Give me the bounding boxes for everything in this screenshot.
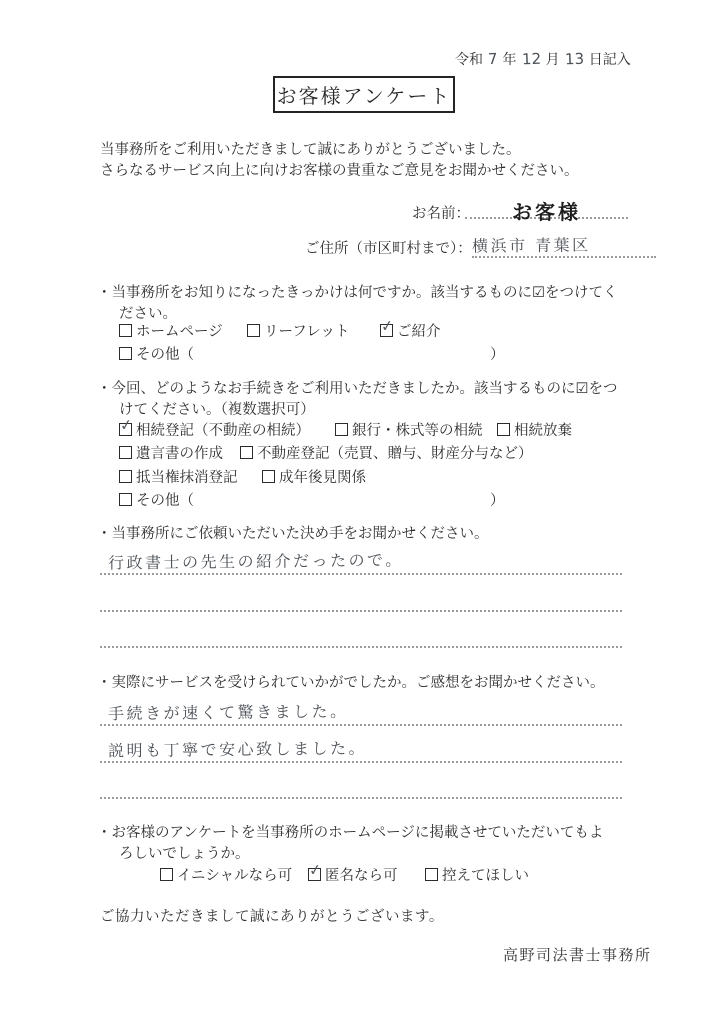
- option-mortgage-cancellation: ✓抵当権抹消登記: [119, 466, 238, 487]
- answer-line-q3-1: 行政書士の先生の紹介だったので。: [100, 549, 622, 575]
- checkbox-inheritance-registration-icon: ✓: [119, 423, 132, 436]
- survey-document-page: 令和7年12月13日記入 お客様アンケート 当事務所をご利用いただきまして誠にあ…: [0, 0, 725, 1024]
- office-name: 高野司法書士事務所: [503, 944, 652, 965]
- option-please-refrain: ✓控えてほしい: [425, 864, 529, 885]
- option-please-refrain-label: 控えてほしい: [442, 868, 529, 884]
- checkbox-homepage-icon: ✓: [119, 324, 132, 337]
- option-bank-stock-label: 銀行・株式等の相続: [352, 423, 483, 439]
- answer-line-q4-1: 手続きが速くて驚きました。: [100, 700, 622, 726]
- q2-other-close-paren: ）: [490, 489, 505, 510]
- question-2-line-2: けてください。（複数選択可）: [119, 398, 315, 419]
- option-anonymous-ok: ✓匿名なら可: [308, 864, 398, 885]
- checkbox-bank-stock-icon: ✓: [335, 423, 348, 436]
- option-bank-stock-inheritance: ✓銀行・株式等の相続: [335, 419, 483, 440]
- check-mark-icon: ✓: [380, 318, 395, 335]
- option-initials-ok-label: イニシャルなら可: [177, 868, 292, 884]
- handwritten-answer-q4-2: 説明も丁寧で安心致しました。: [100, 736, 367, 762]
- checkbox-renunciation-icon: ✓: [497, 423, 510, 436]
- option-q2-other: ✓その他（: [119, 489, 194, 510]
- option-adult-guardianship: ✓成年後見関係: [262, 466, 366, 487]
- question-5-line-1: ・お客様のアンケートを当事務所のホームページに掲載させていただいてもよ: [97, 821, 603, 842]
- survey-title: お客様アンケート: [277, 80, 452, 109]
- checkbox-will-icon: ✓: [119, 446, 132, 459]
- option-q1-other-label: その他（: [136, 347, 194, 363]
- answer-line-q4-3: [100, 773, 622, 799]
- option-q1-other: ✓その他（: [119, 343, 194, 364]
- question-2-line-1: ・今回、どのようなお手続きをご利用いただきましたか。該当するものに☑をつ: [97, 377, 618, 398]
- check-mark-icon: ✓: [308, 862, 323, 879]
- checkbox-mortgage-icon: ✓: [119, 470, 132, 483]
- option-referral-label: ご紹介: [397, 324, 441, 340]
- option-initials-ok: ✓イニシャルなら可: [160, 864, 292, 885]
- date-month-handwritten: 12: [521, 50, 541, 69]
- checkbox-initials-ok-icon: ✓: [160, 868, 173, 881]
- option-guardianship-label: 成年後見関係: [279, 470, 366, 486]
- address-value-handwritten: 横浜市 青葉区: [472, 232, 591, 256]
- checkbox-please-refrain-icon: ✓: [425, 868, 438, 881]
- date-line: 令和7年12月13日記入: [455, 49, 631, 69]
- answer-line-q3-3: [100, 622, 622, 648]
- question-5-line-2: ろしいでしょうか。: [119, 842, 250, 863]
- answer-line-q4-2: 説明も丁寧で安心致しました。: [100, 737, 622, 763]
- option-will-label: 遺言書の作成: [136, 446, 223, 462]
- date-year-label: 年: [503, 53, 517, 68]
- greeting-text: 当事務所をご利用いただきまして誠にありがとうございました。 さらなるサービス向上…: [100, 140, 579, 182]
- closing-text: ご協力いただきまして誠にありがとうございます。: [100, 905, 444, 926]
- option-homepage: ✓ホームページ: [119, 320, 223, 341]
- answer-line-q3-2: [100, 586, 622, 612]
- option-inheritance-registration: ✓相続登記（不動産の相続）: [119, 419, 310, 440]
- option-inheritance-renunciation: ✓相続放棄: [497, 419, 572, 440]
- option-q2-other-label: その他（: [136, 493, 194, 509]
- greeting-line-1: 当事務所をご利用いただきまして誠にありがとうございました。: [100, 140, 579, 161]
- handwritten-answer-q3-1: 行政書士の先生の紹介だったので。: [100, 547, 404, 573]
- q1-other-close-paren: ）: [490, 343, 505, 364]
- date-year-handwritten: 7: [488, 50, 498, 68]
- option-anonymous-ok-label: 匿名なら可: [325, 868, 398, 884]
- option-real-estate-label: 不動産登記（売買、贈与、財産分与など）: [257, 446, 533, 462]
- option-mortgage-label: 抵当権抹消登記: [136, 470, 238, 486]
- question-4-text: ・実際にサービスを受けられていかがでしたか。ご感想をお聞かせください。: [97, 671, 605, 692]
- checkbox-anonymous-ok-icon: ✓: [308, 868, 321, 881]
- checkbox-q1-other-icon: ✓: [119, 347, 132, 360]
- option-renunciation-label: 相続放棄: [514, 423, 572, 439]
- checkbox-referral-icon: ✓: [380, 324, 393, 337]
- address-underline: 横浜市 青葉区: [472, 233, 656, 258]
- greeting-line-2: さらなるサービス向上に向けお客様の貴重なご意見をお聞かせください。: [100, 161, 579, 182]
- name-label: お名前：: [412, 202, 470, 223]
- name-value: お客様: [512, 202, 581, 224]
- address-label: ご住所（市区町村まで）：: [305, 237, 472, 258]
- option-inheritance-registration-label: 相続登記（不動産の相続）: [136, 423, 310, 439]
- checkbox-real-estate-icon: ✓: [240, 446, 253, 459]
- option-referral: ✓ご紹介: [380, 320, 441, 341]
- check-mark-icon: ✓: [119, 417, 134, 434]
- date-era-label: 令和: [455, 53, 483, 68]
- survey-title-box: お客様アンケート: [273, 76, 455, 113]
- option-will-drafting: ✓遺言書の作成: [119, 442, 223, 463]
- date-day-handwritten: 13: [564, 50, 584, 69]
- checkbox-guardianship-icon: ✓: [262, 470, 275, 483]
- option-leaflet-label: リーフレット: [264, 324, 350, 340]
- question-3-text: ・当事務所にご依頼いただいた決め手をお聞かせください。: [97, 522, 489, 543]
- checkbox-leaflet-icon: ✓: [247, 324, 260, 337]
- handwritten-answer-q4-1: 手続きが速くて驚きました。: [100, 699, 349, 725]
- option-real-estate-registration: ✓不動産登記（売買、贈与、財産分与など）: [240, 442, 533, 463]
- date-month-label: 月: [546, 53, 560, 68]
- checkbox-q2-other-icon: ✓: [119, 493, 132, 506]
- name-underline: お客様: [465, 196, 628, 219]
- question-1-line-1: ・当事務所をお知りになったきっかけは何ですか。該当するものに☑をつけてく: [97, 281, 618, 302]
- option-leaflet: ✓リーフレット: [247, 320, 350, 341]
- date-day-label: 日記入: [589, 53, 631, 68]
- option-homepage-label: ホームページ: [136, 324, 223, 340]
